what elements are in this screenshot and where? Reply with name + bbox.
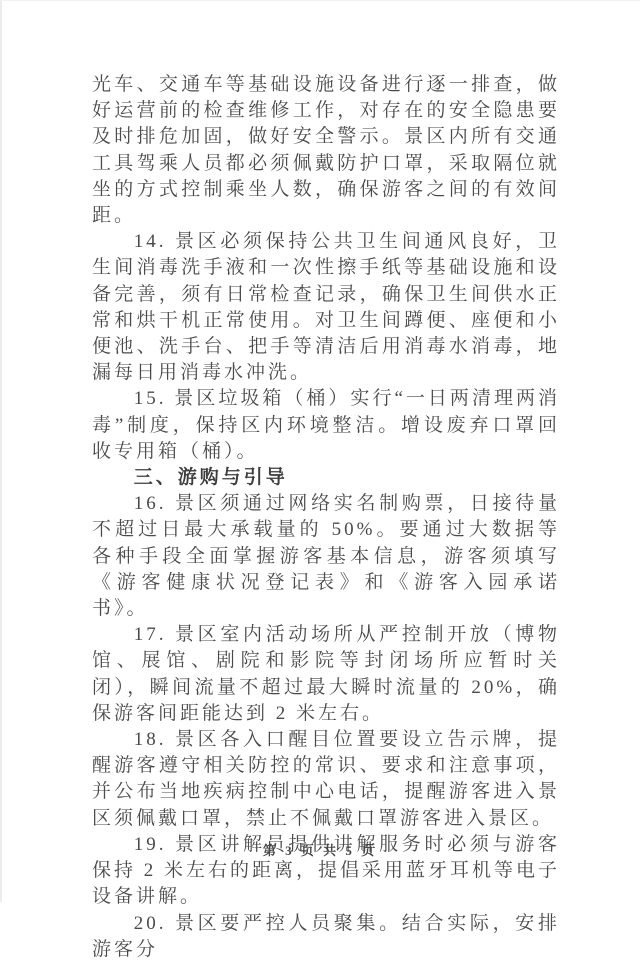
paragraph: 14. 景区必须保持公共卫生间通风良好，卫生间消毒洗手液和一次性擦手纸等基础设施… [92,229,560,386]
paragraph: 光车、交通车等基础设施设备进行逐一排查，做好运营前的检查维修工作，对存在的安全隐… [92,72,560,229]
paragraph: 15. 景区垃圾箱（桶）实行“一日两清理两消毒”制度，保持区内环境整洁。增设废弃… [92,386,560,465]
page-number-footer: 第 3 页 共 5 页 [0,840,640,859]
page-left-edge-shadow [0,0,2,902]
page-top-edge-shadow [0,0,640,1]
paragraph: 17. 景区室内活动场所从严控制开放（博物馆、展馆、剧院和影院等封闭场所应暂时关… [92,622,560,727]
paragraph: 16. 景区须通过网络实名制购票，日接待量不超过日最大承载量的 50%。要通过大… [92,491,560,622]
section-heading: 三、游购与引导 [92,465,560,491]
scanned-document-page: 光车、交通车等基础设施设备进行逐一排查，做好运营前的检查维修工作，对存在的安全隐… [0,0,640,902]
paragraph: 18. 景区各入口醒目位置要设立告示牌，提醒游客遵守相关防控的常识、要求和注意事… [92,727,560,832]
document-body: 光车、交通车等基础设施设备进行逐一排查，做好运营前的检查维修工作，对存在的安全隐… [92,72,560,902]
